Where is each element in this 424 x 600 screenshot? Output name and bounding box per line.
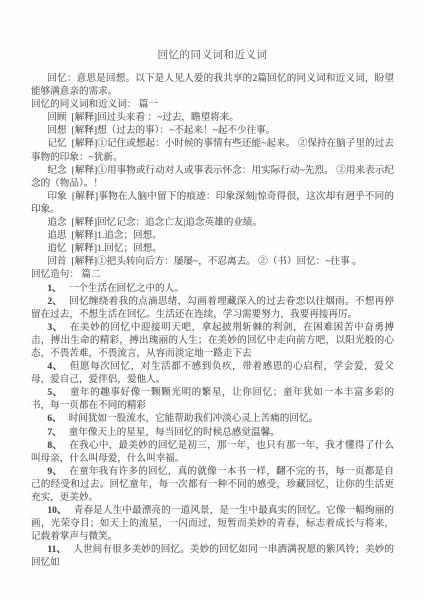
synonym-entry: 纪念[解释]①用事物或行动对人或事表示怀念：用实际行动~先烈。 ②用来表示纪念的… bbox=[31, 164, 394, 190]
sentence-number: 2、 bbox=[47, 296, 62, 307]
entry-definition: [解释]1.回忆；回想。 bbox=[72, 243, 162, 254]
entry-word: 追念 bbox=[47, 217, 66, 228]
entry-definition: [解释]①把头转向后方：屡屡~，不忍离去。 ②（书）回忆：~往事 。 bbox=[72, 256, 362, 267]
entry-definition: [解释]回忆记念：追念亡友|追念英雄的业绩。 bbox=[72, 217, 263, 228]
entry-definition: [解释]①用事物或行动对人或事表示怀念：用实际行动~先烈。 ②用来表示纪念的（物… bbox=[31, 165, 394, 189]
entry-word: 回想 bbox=[47, 125, 66, 136]
sentence-number: 1、 bbox=[47, 283, 61, 294]
sentence-item: 7、童年像天上的星星，每当回忆的时候总感觉温馨。 bbox=[31, 426, 394, 439]
synonym-entry: 追念[解释]回忆记念：追念亡友|追念英雄的业绩。 bbox=[31, 216, 394, 229]
entry-word: 回顾 bbox=[47, 112, 66, 123]
sentence-item: 11、人世间有很多美妙的回忆。美妙的回忆如同一串洒满祝愿的紫风铃；美妙的回忆如 bbox=[31, 543, 394, 569]
synonym-entry: 印象[解释]事物在人脑中留下的痕迹：印象深刻|惊奇得很，这次却有迥乎不同的印象。 bbox=[31, 190, 394, 216]
entry-definition: [解释]回过头来看 ：~过去，瞻望将来。 bbox=[72, 112, 239, 123]
sentence-item: 9、在童年我有许多的回忆，真的就像一本书一样，翻不完的书，每一页都是自己的经受和… bbox=[31, 465, 394, 504]
entry-word: 追思 bbox=[47, 230, 66, 241]
sentence-item: 8、在我心中，最美妙的回忆是初三，那一年，也只有那一年，我才懂得了什么叫母亲，什… bbox=[31, 439, 394, 465]
entry-definition: [解释]想（过去的事）：~不起来！~起不少往事。 bbox=[72, 125, 276, 136]
sentence-item: 5、童年的趣事好像一颗颗光明的繁星，让你回忆；童年犹如一本丰富多彩的书，每一页都… bbox=[31, 386, 394, 412]
sentence-item: 6、时间犹如一股流水，它能帮助我们冲淡心灵上苦痛的回忆。 bbox=[31, 412, 394, 425]
sentence-number: 8、 bbox=[47, 440, 62, 451]
sentence-item: 3、在美妙的回忆中迎接明天吧，拿起披荆斩棘的利剑，在困难困苦中奋勇搏击，搏出生命… bbox=[31, 321, 394, 360]
sentence-item: 2、回忆缠绕着我的点滴思绪，勾画着埋藏深入的过去眷恋以往烟雨。不想再停留在过去，… bbox=[31, 295, 394, 321]
entry-definition: [解释]事物在人脑中留下的痕迹：印象深刻|惊奇得很，这次却有迥乎不同的印象。 bbox=[31, 191, 394, 215]
sentence-number: 5、 bbox=[47, 387, 63, 398]
sentence-item: 1、一个生活在回忆之中的人。 bbox=[31, 282, 394, 295]
sentence-text: 时间犹如一股流水，它能帮助我们冲淡心灵上苦痛的回忆。 bbox=[69, 413, 318, 424]
intro-paragraph: 回忆：意思是回想。以下是人见人爱的我共享的2篇回忆的同义词和近义词，盼望能够满意… bbox=[31, 72, 394, 98]
entry-word: 回首 bbox=[47, 256, 66, 267]
sentence-number: 3、 bbox=[47, 322, 63, 333]
sentence-text: 在我心中，最美妙的回忆是初三，那一年，也只有那一年，我才懂得了什么叫母亲，什么叫… bbox=[31, 440, 394, 464]
sentence-number: 7、 bbox=[47, 427, 61, 438]
sentence-text: 童年像天上的星星，每当回忆的时候总感觉温馨。 bbox=[69, 427, 280, 438]
sentence-number: 11、 bbox=[47, 544, 66, 555]
entry-word: 记忆 bbox=[47, 138, 66, 149]
entry-definition: [解释]①记住或想起：小时候的事情有些还能~起来。 ②保持在脑子里的过去事物的印… bbox=[31, 138, 394, 162]
sentence-text: 回忆缠绕着我的点滴思绪，勾画着埋藏深入的过去眷恋以往烟雨。不想再停留在过去，不想… bbox=[31, 296, 394, 320]
entry-word: 追忆 bbox=[47, 243, 66, 254]
sentence-text: 在童年我有许多的回忆，真的就像一本书一样，翻不完的书，每一页都是自己的经受和过去… bbox=[31, 466, 394, 503]
synonym-entry: 追思[解释]1.追念；回想。 bbox=[31, 229, 394, 242]
section1-heading: 回忆的同义词和近义词： 篇一 bbox=[31, 98, 394, 111]
sentence-text: 但愿每次回忆，对生活都不感到负疚，带着感恩的心启程，学会爱，爱父母，爱自己，爱伴… bbox=[31, 361, 394, 385]
sentence-text: 青春是人生中最漂亮的一道风景，是一生中最真实的回忆。它像一幅绚丽的画，光荣夺目；… bbox=[31, 505, 394, 542]
sentence-number: 10、 bbox=[47, 505, 66, 516]
synonym-entry: 追忆[解释]1.回忆；回想。 bbox=[31, 242, 394, 255]
synonym-entry: 记忆[解释]①记住或想起：小时候的事情有些还能~起来。 ②保持在脑子里的过去事物… bbox=[31, 137, 394, 163]
entry-definition: [解释]1.追念；回想。 bbox=[72, 230, 162, 241]
sentence-text: 在美妙的回忆中迎接明天吧，拿起披荆斩棘的利剑，在困难困苦中奋勇搏击，搏出生命的精… bbox=[31, 322, 394, 359]
synonym-entry: 回首[解释]①把头转向后方：屡屡~，不忍离去。 ②（书）回忆：~往事 。 bbox=[31, 255, 394, 268]
synonym-entry: 回顾[解释]回过头来看 ：~过去，瞻望将来。 bbox=[31, 111, 394, 124]
sentence-item: 4、但愿每次回忆，对生活都不感到负疚，带着感恩的心启程，学会爱，爱父母，爱自己，… bbox=[31, 360, 394, 386]
section2-heading: 回忆造句： 篇二 bbox=[31, 268, 394, 281]
entry-word: 纪念 bbox=[47, 165, 66, 176]
sentence-item: 10、青春是人生中最漂亮的一道风景，是一生中最真实的回忆。它像一幅绚丽的画，光荣… bbox=[31, 504, 394, 543]
sentence-text: 人世间有很多美妙的回忆。美妙的回忆如同一串洒满祝愿的紫风铃；美妙的回忆如 bbox=[31, 544, 394, 568]
entry-word: 印象 bbox=[47, 191, 67, 202]
sentence-text: 一个生活在回忆之中的人。 bbox=[69, 283, 184, 294]
document-page: 回忆的同义词和近义词 回忆：意思是回想。以下是人见人爱的我共享的2篇回忆的同义词… bbox=[0, 0, 424, 600]
sentence-number: 4、 bbox=[47, 361, 63, 372]
synonym-entry: 回想[解释]想（过去的事）：~不起来！~起不少往事。 bbox=[31, 124, 394, 137]
sentence-number: 9、 bbox=[47, 466, 62, 477]
sentence-number: 6、 bbox=[47, 413, 61, 424]
sentence-text: 童年的趣事好像一颗颗光明的繁星，让你回忆；童年犹如一本丰富多彩的书，每一页都在不… bbox=[31, 387, 394, 411]
page-title: 回忆的同义词和近义词 bbox=[31, 47, 394, 62]
